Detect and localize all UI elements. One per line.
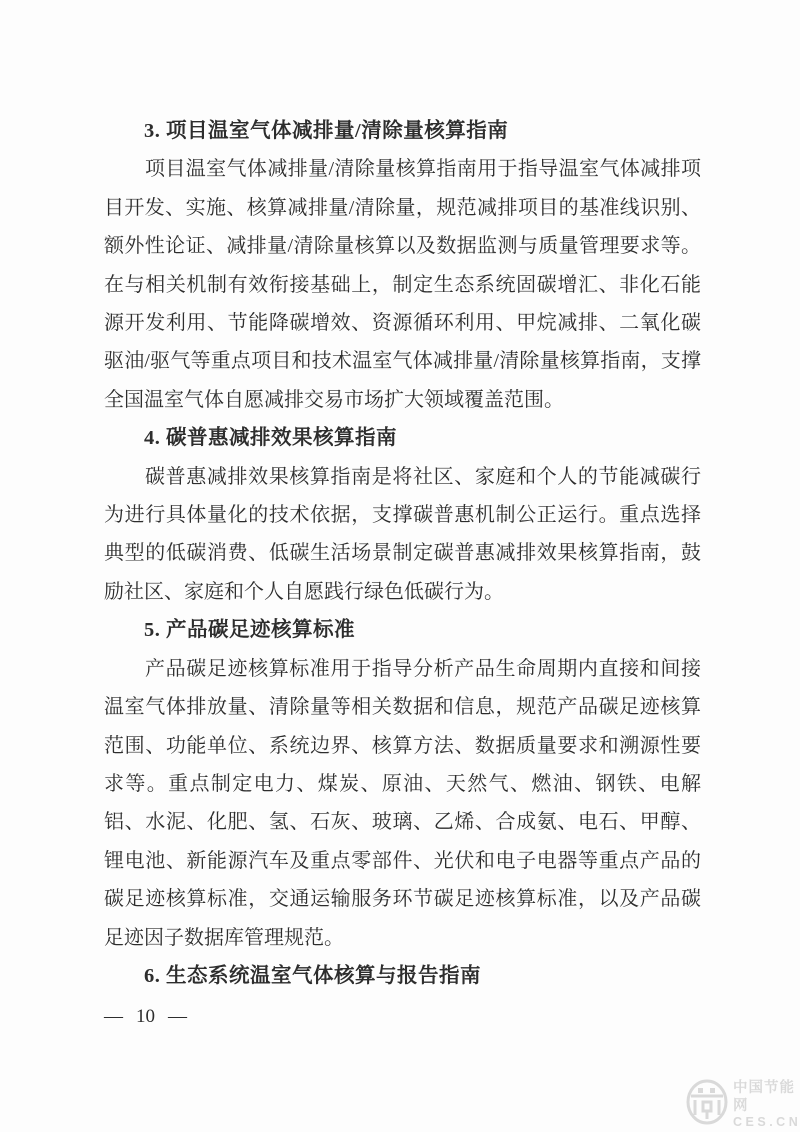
section-5-paragraph: 产品碳足迹核算标准用于指导分析产品生命周期内直接和间接温室气体排放量、清除量等相… (104, 650, 701, 957)
page-number-value: 10 (136, 1002, 155, 1032)
section-4-heading: 4. 碳普惠减排效果核算指南 (104, 419, 701, 457)
document-page: 3. 项目温室气体减排量/清除量核算指南 项目温室气体减排量/清除量核算指南用于… (0, 0, 800, 1132)
ces-logo-icon (686, 1079, 730, 1130)
section-4-paragraph: 碳普惠减排效果核算指南是将社区、家庭和个人的节能减碳行为进行具体量化的技术依据，… (104, 458, 701, 612)
watermark: 中国节能网 CES.CN (686, 1079, 800, 1130)
document-content: 3. 项目温室气体减排量/清除量核算指南 项目温室气体减排量/清除量核算指南用于… (104, 112, 701, 995)
section-5-heading: 5. 产品碳足迹核算标准 (104, 611, 701, 649)
page-number: — 10 — (104, 1002, 187, 1032)
section-3-paragraph: 项目温室气体减排量/清除量核算指南用于指导温室气体减排项目开发、实施、核算减排量… (104, 150, 701, 419)
watermark-text: 中国节能网 CES.CN (733, 1079, 800, 1130)
page-number-dash-right: — (168, 1002, 187, 1032)
section-6-heading: 6. 生态系统温室气体核算与报告指南 (104, 957, 701, 995)
page-number-dash-left: — (104, 1002, 123, 1032)
watermark-site-code: CES.CN (733, 1115, 800, 1130)
watermark-site-name: 中国节能网 (733, 1079, 800, 1115)
section-3-heading: 3. 项目温室气体减排量/清除量核算指南 (104, 112, 701, 150)
